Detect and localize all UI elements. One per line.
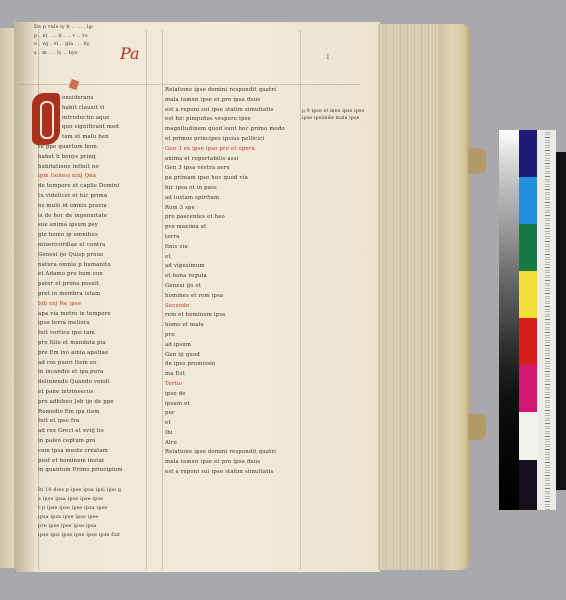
header-rubric: Pa — [120, 44, 140, 63]
text-line: Tertio — [165, 380, 300, 390]
text-line: et primos principes ipsius pellicici — [165, 135, 300, 145]
text-line: mala tamen ipse et pro ipsa deus — [165, 458, 300, 468]
footnote-annotation: In 10 dies p ipse ipsa ipsi ipsi g a ips… — [38, 486, 164, 540]
binding-board — [438, 24, 470, 570]
folio-number: 1 — [326, 54, 330, 61]
text-line: ad rex Greci et xviij ho — [38, 427, 146, 437]
patch-black — [519, 460, 537, 510]
text-line: est hic pinquitos vespere ipse — [165, 115, 300, 125]
text-line: pro pascentes et heo — [165, 213, 300, 223]
margin-note-line: p 9 ipse et mea ipse ipse — [302, 108, 376, 115]
measurement-ruler — [537, 130, 556, 510]
text-line: mala tamen ipse et pro ipsa deus — [165, 96, 300, 106]
text-line: fuit et ipse fra — [38, 417, 146, 427]
text-line: et pane intrinsecus — [38, 388, 146, 398]
text-line: habit clausit vi — [62, 104, 146, 114]
patch-cyan — [519, 177, 537, 224]
patch-green — [519, 224, 537, 271]
text-line: hic ipsa et in pass — [165, 184, 300, 194]
patch-red — [519, 318, 537, 365]
footnote-line: In 10 dies p ipse ipsa ipsi ipsi g — [38, 486, 164, 495]
text-line: ad ipsum — [165, 341, 300, 351]
text-line: is de hoc de ingenuitate — [38, 212, 146, 222]
clasp-upper — [468, 148, 486, 174]
text-line: magnitudinem quod sunt hoc primo modo — [165, 125, 300, 135]
footnote-line: ipsa ipsa ipse ipse ipse — [38, 513, 164, 522]
text-line: Rom 3 spe — [165, 204, 300, 214]
text-line: glo homo ip omnibus — [38, 231, 146, 241]
text-line: ipm Genesi xiiij Qna — [38, 172, 146, 182]
text-line: ad ros pueri Item eo — [38, 359, 146, 369]
text-line: homo et mala — [165, 321, 300, 331]
text-line: pro filio et mandata pia — [38, 339, 146, 349]
footnote-line: pro ipse ipse ipse ipsa — [38, 522, 164, 531]
initial-interlace — [40, 101, 54, 139]
text-line: introductio aque — [62, 114, 146, 124]
text-line: tu videlicet et hic prima — [38, 192, 146, 202]
footnote-line: ipse ipsi ipse ipse ipse ipse fiat — [38, 531, 164, 540]
text-line: Gen iij quod — [165, 351, 300, 361]
text-line: cum ipsa meste creatam — [38, 447, 146, 457]
clasp-lower — [468, 414, 486, 440]
text-line: ipso de — [165, 390, 300, 400]
text-line: de tempore et caplis Domini — [38, 182, 146, 192]
patch-blue — [519, 130, 537, 177]
patch-magenta — [519, 365, 537, 412]
text-line: pater et prima posuit — [38, 280, 146, 290]
patch-yellow — [519, 271, 537, 318]
text-line: ad vigesimum — [165, 262, 300, 272]
text-line: Genesi ijo Quisp proue — [38, 251, 146, 261]
text-line: apa via metro in tempore — [38, 310, 146, 320]
text-line: Alre — [165, 439, 300, 449]
text-line: Genesi ijo et — [165, 282, 300, 292]
text-line: pret in membra istam — [38, 290, 146, 300]
text-line: ipso terra meliora — [38, 319, 146, 329]
text-line: pre Em ixo ainia apatiae — [38, 349, 146, 359]
text-line: habet h bonys prinq — [38, 153, 146, 163]
left-column-head: onsiderans habit clausit vi introductio … — [62, 94, 146, 143]
background-black-edge — [556, 152, 566, 490]
text-line: deliniendo Quando vendi — [38, 378, 146, 388]
text-line: per — [165, 409, 300, 419]
annotation-line: Da p vuls ly b .. .. .. lg- — [34, 24, 144, 33]
text-line: est a reponi sui ipse statim simultatis — [165, 106, 300, 116]
text-line: ns mulo id omnis pravia — [38, 202, 146, 212]
text-line: Iob xxj Ne ipse — [38, 300, 146, 310]
text-line: in quantum Primo principium — [38, 466, 146, 476]
text-line: pa primam ipso hoc quod via — [165, 174, 300, 184]
text-line: terra — [165, 233, 300, 243]
color-patch-strip — [519, 130, 537, 510]
text-line: habitatione infinit no — [38, 163, 146, 173]
text-line: finis via — [165, 243, 300, 253]
text-line: est a reponi sui ipse statim simultatis — [165, 468, 300, 478]
text-line: rem et hominem ipse — [165, 311, 300, 321]
text-line: et — [165, 419, 300, 429]
margin-note-line: ipse ipsiinde mala ipse — [302, 115, 376, 122]
ruling-line — [300, 30, 301, 570]
text-line: anima et reportabilis assi — [165, 155, 300, 165]
text-line: misericordiae et contra — [38, 241, 146, 251]
footnote-line: t p ipse ipse ipse ipsa ipse — [38, 504, 164, 513]
text-line: Relatione ipse domini respondit quatri — [165, 448, 300, 458]
text-line: et bona regula — [165, 272, 300, 282]
left-column-body: re ppe quartum hom habet h bonys prinq h… — [38, 143, 146, 476]
patch-white — [519, 412, 537, 460]
margin-note: p 9 ipse et mea ipse ipse ipse ipsiinde … — [302, 108, 376, 122]
text-line: et Adamo pro hem eon — [38, 270, 146, 280]
fore-edge-pages — [378, 24, 440, 570]
footnote-line: a ipse ipsa ipse ipse ipse — [38, 495, 164, 504]
text-line: onsiderans — [62, 94, 146, 104]
text-line: re ppe quartum hom — [38, 143, 146, 153]
text-line: quo significant med — [62, 123, 146, 133]
text-line: ad iustam spiritum — [165, 194, 300, 204]
text-line: Relatione ipse domini respondit quatri — [165, 86, 300, 96]
text-line: Gen 3 ex ipse ipso pro et opera — [165, 145, 300, 155]
text-line: homines et rem ipsa — [165, 292, 300, 302]
text-line: ipsum et — [165, 400, 300, 410]
text-line: tem et malu ben — [62, 133, 146, 143]
text-line: Gen 3 ipsa vestra aere — [165, 164, 300, 174]
text-line: in paleo ceptum pro — [38, 437, 146, 447]
grayscale-strip — [499, 130, 519, 510]
text-line: in incandio et ipa pura — [38, 368, 146, 378]
text-line: fuit vertice ipsi tam — [38, 329, 146, 339]
annotation-line: p . nt . .. lt . .. v .. ro — [34, 33, 144, 42]
text-line: de ipso promissio — [165, 360, 300, 370]
text-line: Remedio Em ipa item — [38, 408, 146, 418]
text-line: et — [165, 253, 300, 263]
text-line: post et hominem instat — [38, 457, 146, 467]
text-line: Ibi — [165, 429, 300, 439]
text-line: natura omnia p humanito — [38, 261, 146, 271]
text-line: sue anima ipsum psy — [38, 221, 146, 231]
right-column-body: Relatione ipse domini respondit quatri m… — [165, 86, 300, 478]
text-line: Secundo — [165, 302, 300, 312]
text-line: pro maxima et — [165, 223, 300, 233]
text-line: ma Est — [165, 370, 300, 380]
text-line: pro — [165, 331, 300, 341]
text-line: pro adhibeo Job ijo de ppe — [38, 398, 146, 408]
